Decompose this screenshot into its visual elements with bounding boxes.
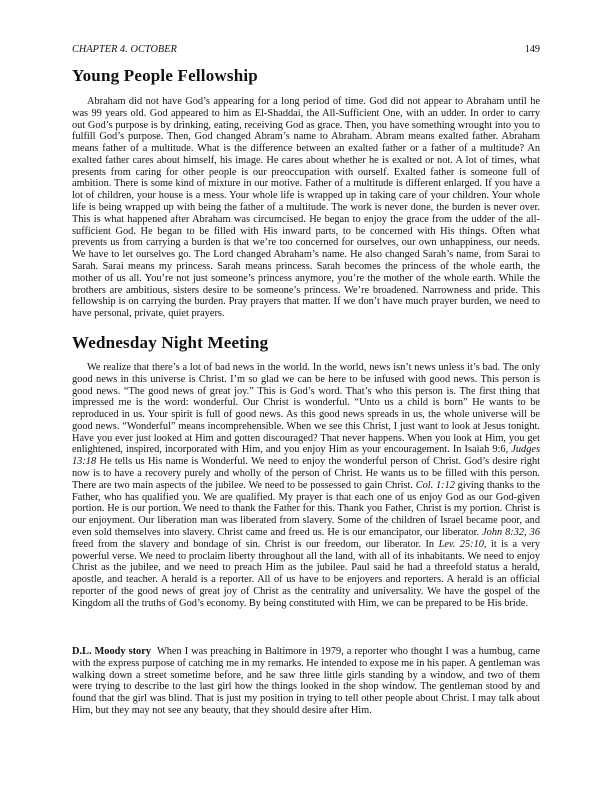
section-heading-wednesday-night-meeting: Wednesday Night Meeting <box>72 333 268 353</box>
scripture-reference: Lev. 25:10 <box>439 539 484 550</box>
running-header: CHAPTER 4. OCTOBER 149 <box>72 44 540 58</box>
chapter-title: CHAPTER 4. OCTOBER <box>72 44 177 55</box>
text-run: freed from the slavery and bondage of si… <box>72 539 439 550</box>
paragraph-young-people-fellowship: Abraham did not have God’s appearing for… <box>72 96 540 320</box>
page-number: 149 <box>525 44 540 55</box>
story-lead-title: D.L. Moody story <box>72 646 151 657</box>
section-heading-young-people-fellowship: Young People Fellowship <box>72 66 258 86</box>
text-run: We realize that there’s a lot of bad new… <box>72 362 540 455</box>
scripture-reference: John 8:32, 36 <box>482 527 540 538</box>
paragraph-wednesday-night-meeting: We realize that there’s a lot of bad new… <box>72 362 540 609</box>
scripture-reference: Col. 1:12 <box>416 480 455 491</box>
paragraph-dl-moody-story: D.L. Moody storyWhen I was preaching in … <box>72 646 540 717</box>
